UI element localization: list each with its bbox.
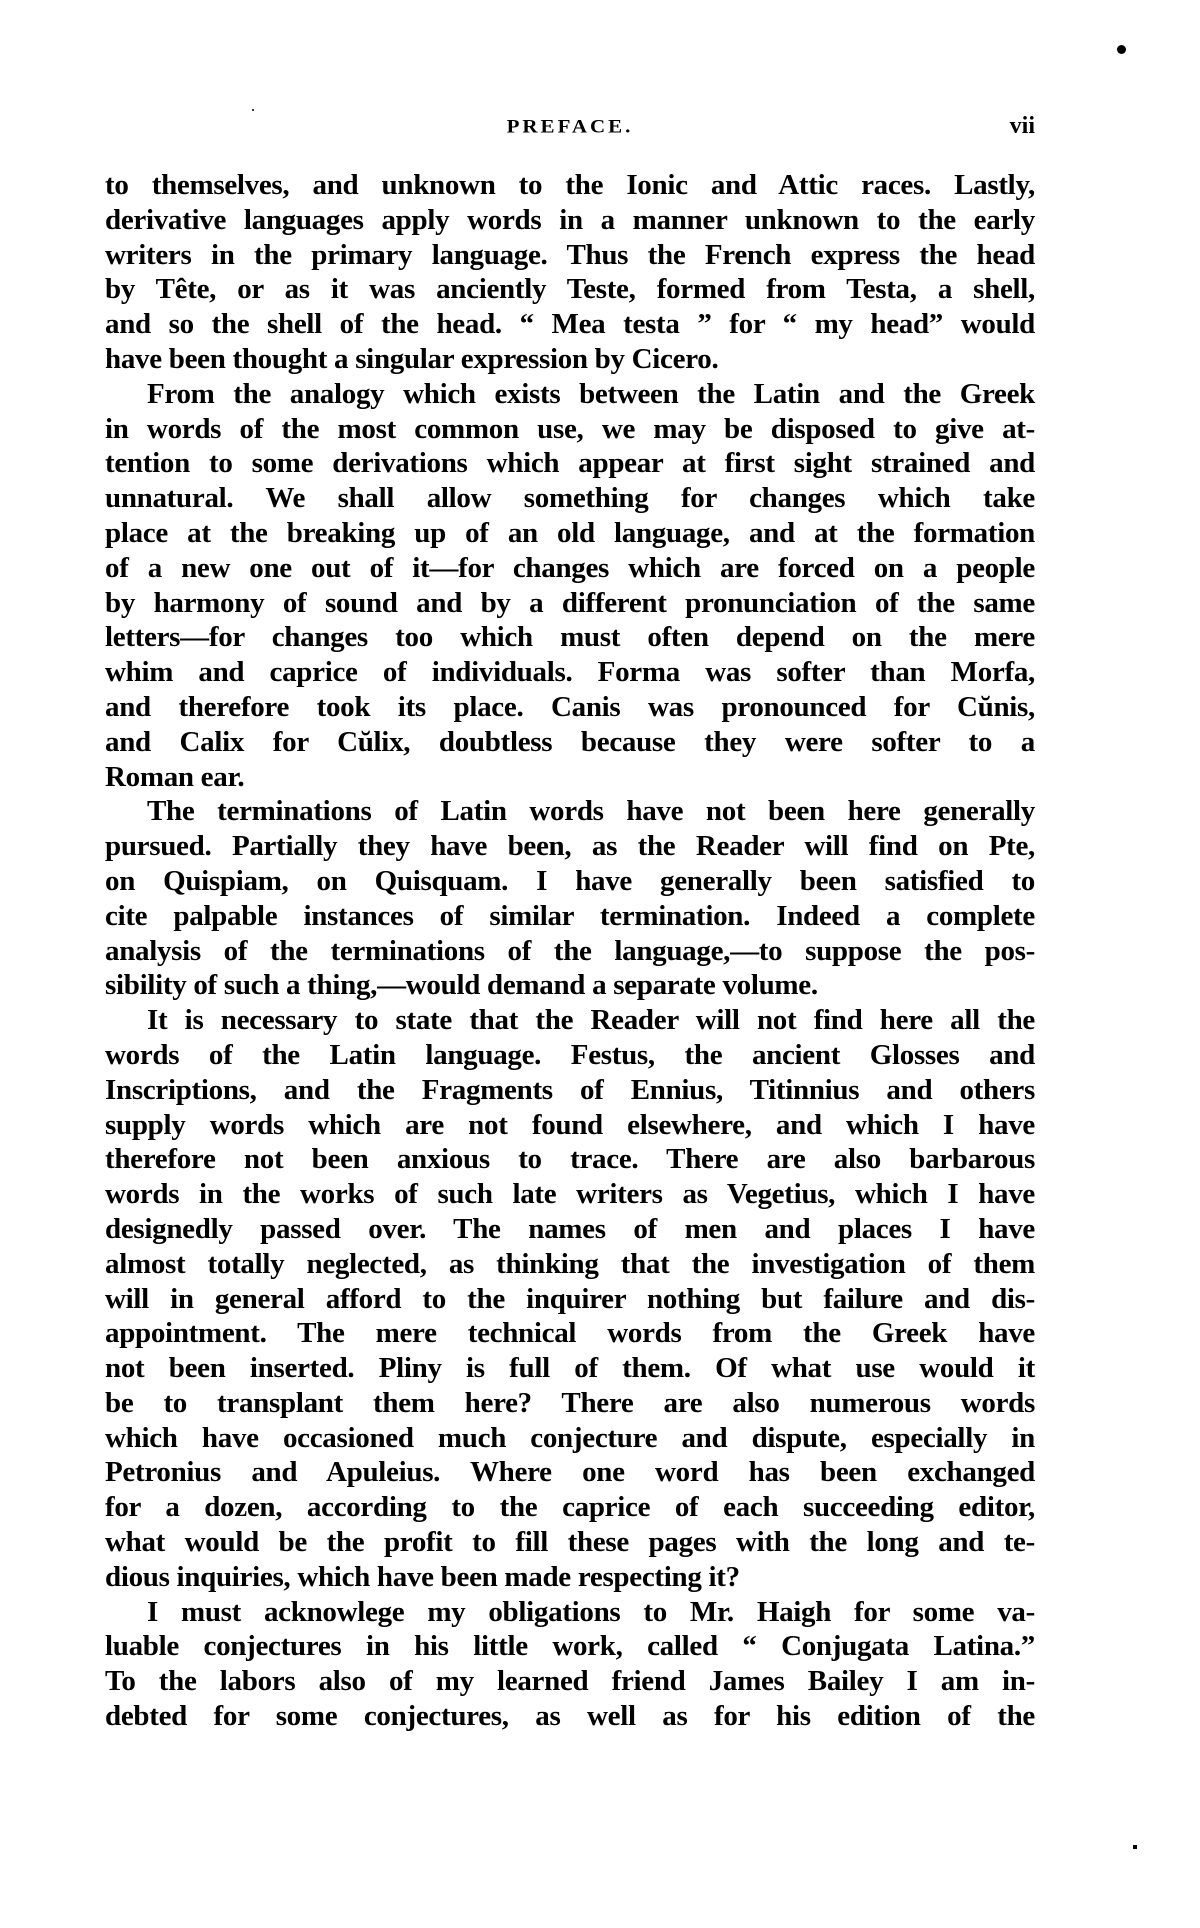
text-line: Petronius and Apuleius. Where one word h… <box>105 1455 1035 1490</box>
paragraph: to themselves, and unknown to the Ionic … <box>105 168 1035 377</box>
text-line: It is necessary to state that the Reader… <box>105 1003 1035 1038</box>
text-line: To the labors also of my learned friend … <box>105 1664 1035 1699</box>
text-line: I must acknowlege my obligations to Mr. … <box>105 1595 1035 1630</box>
paragraph: I must acknowlege my obligations to Mr. … <box>105 1595 1035 1734</box>
text-line: dious inquiries, which have been made re… <box>105 1560 1035 1595</box>
text-line: by harmony of sound and by a different p… <box>105 586 1035 621</box>
text-line: for a dozen, according to the caprice of… <box>105 1490 1035 1525</box>
text-line: have been thought a singular expression … <box>105 342 1035 377</box>
text-line: not been inserted. Pliny is full of them… <box>105 1351 1035 1386</box>
text-line: luable conjectures in his little work, c… <box>105 1629 1035 1664</box>
text-line: almost totally neglected, as thinking th… <box>105 1247 1035 1282</box>
text-line: Roman ear. <box>105 760 1035 795</box>
text-line: of a new one out of it—for changes which… <box>105 551 1035 586</box>
print-speck <box>1133 1845 1137 1849</box>
body-text: to themselves, and unknown to the Ionic … <box>105 168 1035 1734</box>
paragraph: It is necessary to state that the Reader… <box>105 1003 1035 1595</box>
text-line: whim and caprice of individuals. Forma w… <box>105 655 1035 690</box>
text-line: on Quispiam, on Quisquam. I have general… <box>105 864 1035 899</box>
text-line: which have occasioned much conjecture an… <box>105 1421 1035 1456</box>
page-number: vii <box>1010 112 1035 140</box>
text-line: will in general afford to the inquirer n… <box>105 1282 1035 1317</box>
text-line: words of the Latin language. Festus, the… <box>105 1038 1035 1073</box>
text-line: analysis of the terminations of the lang… <box>105 934 1035 969</box>
text-line: letters—for changes too which must often… <box>105 620 1035 655</box>
paragraph: The terminations of Latin words have not… <box>105 794 1035 1003</box>
text-line: in words of the most common use, we may … <box>105 412 1035 447</box>
paragraph: From the analogy which exists between th… <box>105 377 1035 795</box>
text-line: derivative languages apply words in a ma… <box>105 203 1035 238</box>
print-speck <box>252 109 254 111</box>
print-speck <box>1117 45 1126 54</box>
text-line: place at the breaking up of an old langu… <box>105 516 1035 551</box>
text-line: designedly passed over. The names of men… <box>105 1212 1035 1247</box>
running-head: PREFACE. vii <box>105 112 1035 140</box>
text-line: by Tête, or as it was anciently Teste, f… <box>105 272 1035 307</box>
text-line: to themselves, and unknown to the Ionic … <box>105 168 1035 203</box>
text-line: From the analogy which exists between th… <box>105 377 1035 412</box>
text-line: unnatural. We shall allow something for … <box>105 481 1035 516</box>
text-line: The terminations of Latin words have not… <box>105 794 1035 829</box>
running-title: PREFACE. <box>105 113 1035 139</box>
text-line: tention to some derivations which appear… <box>105 446 1035 481</box>
text-line: words in the works of such late writers … <box>105 1177 1035 1212</box>
text-line: writers in the primary language. Thus th… <box>105 238 1035 273</box>
text-line: debted for some conjectures, as well as … <box>105 1699 1035 1734</box>
text-line: appointment. The mere technical words fr… <box>105 1316 1035 1351</box>
text-line: what would be the profit to fill these p… <box>105 1525 1035 1560</box>
text-line: Inscriptions, and the Fragments of Enniu… <box>105 1073 1035 1108</box>
text-line: and so the shell of the head. “ Mea test… <box>105 307 1035 342</box>
book-page: PREFACE. vii to themselves, and unknown … <box>0 0 1200 1928</box>
text-line: pursued. Partially they have been, as th… <box>105 829 1035 864</box>
text-line: sibility of such a thing,—would demand a… <box>105 968 1035 1003</box>
text-line: therefore not been anxious to trace. The… <box>105 1142 1035 1177</box>
text-line: supply words which are not found elsewhe… <box>105 1108 1035 1143</box>
text-line: and Calix for Cŭlix, doubtless because t… <box>105 725 1035 760</box>
text-line: cite palpable instances of similar termi… <box>105 899 1035 934</box>
text-line: and therefore took its place. Canis was … <box>105 690 1035 725</box>
text-line: be to transplant them here? There are al… <box>105 1386 1035 1421</box>
